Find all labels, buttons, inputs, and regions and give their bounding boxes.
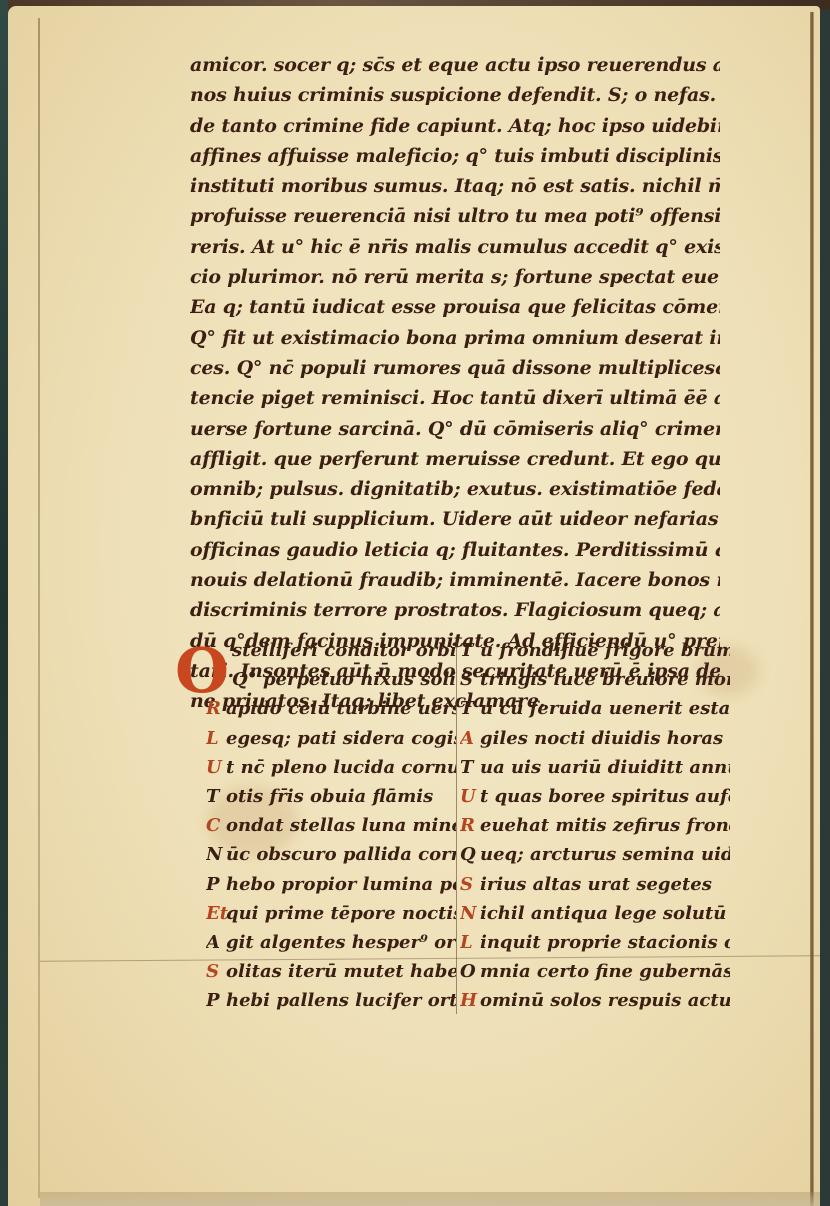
verse-line: Ut nc̄ pleno lucida cornu bbox=[206, 753, 456, 782]
verse-line: Phebo propior lumina perdat bbox=[206, 870, 456, 899]
verse-line: Sirius altas urat segetes bbox=[460, 870, 730, 899]
prose-line: ces. Q° nc̄ populi rumores quā dissone m… bbox=[190, 353, 720, 383]
page-margin-edge bbox=[38, 18, 40, 1198]
prose-line: Ea q; tantū iudicat esse prouisa que fel… bbox=[190, 292, 720, 322]
prose-line: discriminis terrore prostratos. Flagicio… bbox=[190, 595, 720, 625]
verse-line: Nūc obscuro pallida cornu bbox=[206, 840, 456, 869]
prose-line: bnficiū tuli supplicium. Uidere aūt uide… bbox=[190, 504, 720, 534]
verse-line: Hominū solos respuis actus bbox=[460, 986, 730, 1015]
verse-line: Linquit proprie stacionis opus bbox=[460, 928, 730, 957]
prose-line: profuisse reuerenciā nisi ultro tu mea p… bbox=[190, 201, 720, 231]
versal-letter: P bbox=[206, 870, 226, 899]
versal-letter: R bbox=[460, 811, 480, 840]
versal-letter: T bbox=[460, 694, 480, 723]
prose-text-block: amicor. socer q; sc̄s et eque actu ipso … bbox=[190, 50, 720, 717]
verse-line: Rapido celū turbine uersas bbox=[206, 694, 456, 723]
prose-line: reris. At u° hic ē nr̄is malis cumulus a… bbox=[190, 232, 720, 262]
verse-line: Q° perpetuo nixus solio bbox=[206, 665, 456, 694]
versal-letter: S bbox=[460, 665, 480, 694]
verse-column-right: Tu frondifluē frigore brume Stringis luc… bbox=[460, 636, 730, 1015]
prose-line: omnib; pulsus. dignitatib; exutus. exist… bbox=[190, 474, 720, 504]
versal-letter: Q bbox=[460, 840, 480, 869]
verse-line: Etqui prime tēpore noctis bbox=[206, 899, 456, 928]
prose-line: amicor. socer q; sc̄s et eque actu ipso … bbox=[190, 50, 720, 80]
versal-letter: L bbox=[460, 928, 480, 957]
versal-letter: T bbox=[460, 636, 480, 665]
verse-line: Agit algentes hesper⁹ ortus horas bbox=[206, 928, 456, 957]
prose-line: tencie piget reminisci. Hoc tantū dixerī… bbox=[190, 383, 720, 413]
verse-line: Nichil antiqua lege solutū bbox=[460, 899, 730, 928]
versal-letter: P bbox=[206, 986, 226, 1015]
verse-line: stelliferi conditor orbis bbox=[206, 636, 456, 665]
verse-line: Condat stellas luna minores bbox=[206, 811, 456, 840]
verse-line: Phebi pallens lucifer ortu bbox=[206, 986, 456, 1015]
verse-line: Ut quas boree spiritus aufert bbox=[460, 782, 730, 811]
prose-line: affines affuisse maleficio; q° tuis imbu… bbox=[190, 141, 720, 171]
versal-letter: A bbox=[460, 724, 480, 753]
column-ruling bbox=[456, 636, 457, 1014]
verse-line: Legesq; pati sidera cogis bbox=[206, 724, 456, 753]
prose-line: instituti moribus sumus. Itaq; nō est sa… bbox=[190, 171, 720, 201]
verse-line: Solitas iterū mutet habenas bbox=[206, 957, 456, 986]
versal-letter: S bbox=[206, 957, 226, 986]
verse-line: Tua uis uariū diuiditt annū bbox=[460, 753, 730, 782]
verse-line: Agiles nocti diuidis horas bbox=[460, 724, 730, 753]
versal-letter: T bbox=[206, 782, 226, 811]
prose-line: de tanto crimine fide capiunt. Atq; hoc … bbox=[190, 111, 720, 141]
verse-line: Totis fr̄is obuia flāmis bbox=[206, 782, 456, 811]
versal-letter: H bbox=[460, 986, 480, 1015]
prose-line: nouis delationū fraudib; imminentē. Iace… bbox=[190, 565, 720, 595]
verse-line: Omnia certo fine gubernās bbox=[460, 957, 730, 986]
verse-line: Tu cū feruida uenerit estas bbox=[460, 694, 730, 723]
verse-section: O stelliferi conditor orbis Q° perpetuo … bbox=[178, 636, 738, 1016]
prose-line: affligit. que perferunt meruisse credunt… bbox=[190, 444, 720, 474]
verse-line: Stringis lucē breuiore mora bbox=[460, 665, 730, 694]
versal-letter: N bbox=[206, 840, 226, 869]
gutter-edge bbox=[810, 12, 814, 1206]
verse-column-left: stelliferi conditor orbis Q° perpetuo ni… bbox=[206, 636, 456, 1015]
versal-letter: R bbox=[206, 694, 226, 723]
versal-letter: T bbox=[460, 753, 480, 782]
versal-letter: U bbox=[460, 782, 480, 811]
verse-line: Queq; arcturus semina uidit bbox=[460, 840, 730, 869]
versal-letter: U bbox=[206, 753, 226, 782]
prose-line: uerse fortune sarcinā. Q° dū cōmiseris a… bbox=[190, 414, 720, 444]
versal-letter: A bbox=[206, 928, 226, 957]
verse-line: Reuehat mitis zefirus frondes bbox=[460, 811, 730, 840]
page-bottom-fold bbox=[40, 1192, 820, 1206]
prose-line: nos huius criminis suspicione defendit. … bbox=[190, 80, 720, 110]
versal-letter: S bbox=[460, 870, 480, 899]
versal-letter: N bbox=[460, 899, 480, 928]
prose-line: cio plurimor. nō rerū merita s; fortune … bbox=[190, 262, 720, 292]
binding-board bbox=[0, 0, 8, 1206]
versal-letter: O bbox=[460, 957, 480, 986]
verse-line: Tu frondifluē frigore brume bbox=[460, 636, 730, 665]
versal-letter: Et bbox=[206, 899, 226, 928]
prose-line: Q° fit ut existimacio bona prima omnium … bbox=[190, 323, 720, 353]
prose-line: officinas gaudio leticia q; fluitantes. … bbox=[190, 535, 720, 565]
versal-letter: C bbox=[206, 811, 226, 840]
versal-letter: L bbox=[206, 724, 226, 753]
